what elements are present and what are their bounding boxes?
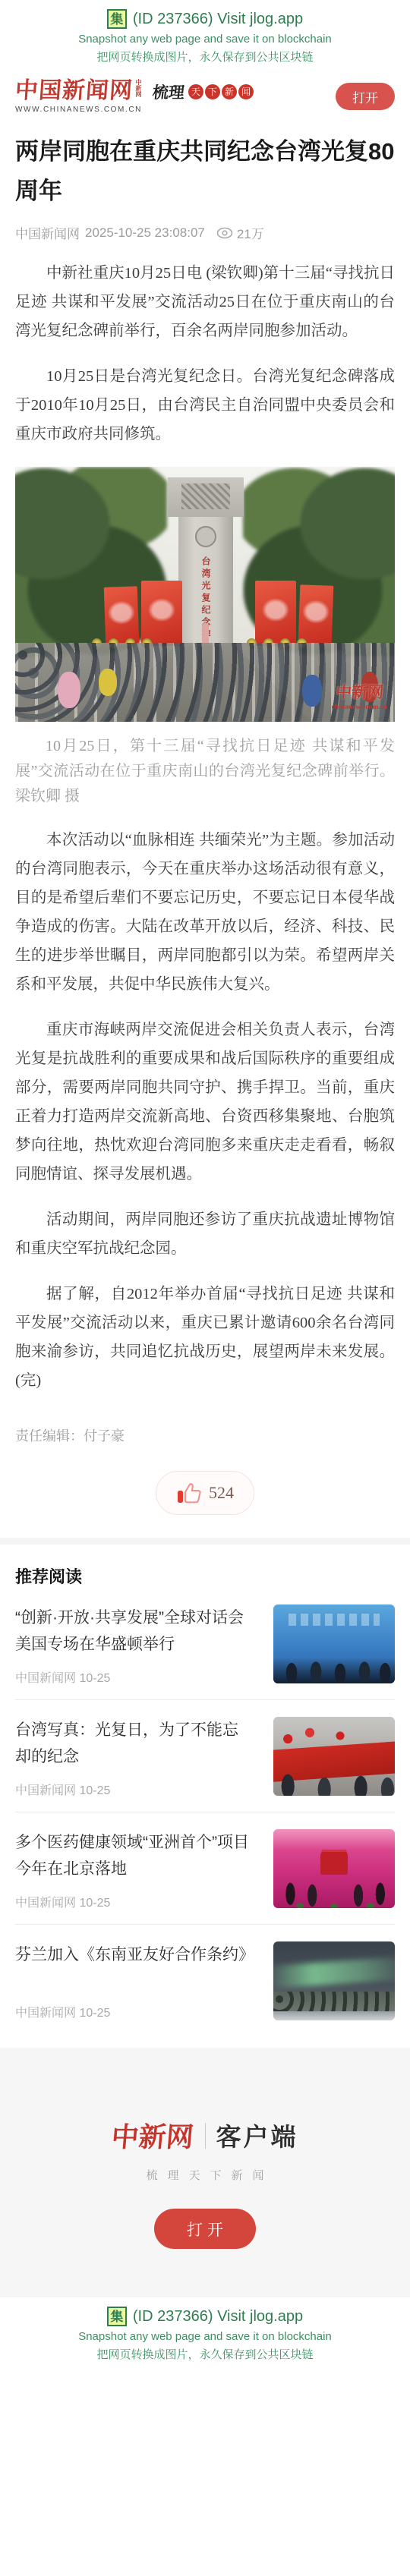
- slogan-seal-1: 天: [188, 84, 203, 99]
- footer-logo-divider: [205, 2123, 206, 2149]
- open-app-button-footer[interactable]: 打开: [154, 2209, 256, 2249]
- footer-chinanews-logo: 中新网: [110, 2116, 195, 2155]
- chinanews-logo-text: 中国新闻网: [14, 79, 134, 103]
- jlog-banner-subtitle-zh: 把网页转换成图片，永久保存到公共区块链: [0, 2347, 410, 2363]
- article-datetime: 2025-10-25 23:08:07: [85, 225, 205, 241]
- article-paragraph: 据了解，自2012年举办首届“寻找抗日足迹 共谋和平发展”交流活动以来，重庆已累…: [15, 1280, 395, 1395]
- recommended-source-date: 10-25: [79, 1897, 110, 1910]
- open-app-button-header[interactable]: 打开: [336, 83, 395, 110]
- slogan-seal-3: 新: [222, 84, 237, 99]
- recommended-thumbnail-aurora: [273, 1941, 395, 2020]
- recommended-source-name: 中国新闻网: [15, 1784, 76, 1797]
- photo-crowd-figure: [302, 675, 322, 707]
- photo-caption: 10月25日，第十三届“寻找抗日足迹 共谋和平发展”交流活动在位于重庆南山的台湾…: [15, 734, 395, 809]
- jlog-banner-subtitle-en: Snapshot any web page and save it on blo…: [0, 31, 410, 47]
- recommended-item-title: “创新·开放·共享发展”全球对话会美国专场在华盛顿举行: [15, 1604, 252, 1658]
- article-body: 中新社重庆10月25日电 (梁钦卿)第十三届“寻找抗日足迹 共谋和平发展”交流活…: [15, 259, 395, 1395]
- article-paragraph: 重庆市海峡两岸交流促进会相关负责人表示，台湾光复是抗战胜利的重要成果和战后国际秩…: [15, 1016, 395, 1189]
- slogan-seal-4: 闻: [238, 84, 254, 99]
- article-paragraph: 本次活动以“血脉相连 共缅荣光”为主题。参加活动的台湾同胞表示，今天在重庆举办这…: [15, 826, 395, 999]
- chinanews-logo-side-text: 中新网: [135, 79, 142, 102]
- recommended-item-title: 台湾写真：光复日，为了不能忘却的纪念: [15, 1717, 252, 1770]
- recommended-source-date: 10-25: [79, 1672, 110, 1685]
- like-count: 524: [209, 1483, 234, 1503]
- jlog-banner-subtitle-en: Snapshot any web page and save it on blo…: [0, 2329, 410, 2345]
- watermark-url-text: chinanews.com.cn: [332, 704, 387, 711]
- jlog-banner-bottom[interactable]: 集 (ID 237366) Visit jlog.app Snapshot an…: [0, 2297, 410, 2370]
- recommended-section: 推荐阅读 “创新·开放·共享发展”全球对话会美国专场在华盛顿举行 中国新闻网 1…: [0, 1545, 410, 2048]
- recommended-item-2[interactable]: 台湾写真：光复日，为了不能忘却的纪念 中国新闻网 10-25: [15, 1700, 395, 1812]
- jlog-banner-title-row: 集 (ID 237366) Visit jlog.app: [0, 2307, 410, 2326]
- recommended-item-title: 多个医药健康领域“亚洲首个”项目今年在北京落地: [15, 1829, 252, 1882]
- photo-red-banner-panel: [141, 581, 182, 646]
- recommended-thumbnail-rally: [273, 1717, 395, 1796]
- article: 两岸同胞在重庆共同纪念台湾光复80周年 中国新闻网 2025-10-25 23:…: [0, 121, 410, 1515]
- recommended-source-date: 10-25: [79, 2007, 110, 2020]
- article-title: 两岸同胞在重庆共同纪念台湾光复80周年: [15, 132, 395, 211]
- jlog-banner-subtitle-zh: 把网页转换成图片，永久保存到公共区块链: [0, 49, 410, 65]
- photo-red-banner-panel: [104, 586, 140, 644]
- recommended-source-date: 10-25: [79, 1784, 110, 1797]
- recommended-item-title: 芬兰加入《东南亚友好合作条约》: [15, 1941, 252, 1968]
- thumbs-up-icon: [176, 1482, 202, 1504]
- recommended-item-4[interactable]: 芬兰加入《东南亚友好合作条约》 中国新闻网 10-25: [15, 1925, 395, 2034]
- recommended-header: 推荐阅读: [15, 1564, 395, 1588]
- article-meta: 中国新闻网 2025-10-25 23:08:07 21万: [15, 223, 395, 242]
- like-section: 524: [15, 1471, 395, 1515]
- recommended-source-name: 中国新闻网: [15, 1672, 76, 1685]
- recommended-thumbnail-ceremony: [273, 1829, 395, 1908]
- jlog-banner-title-row: 集 (ID 237366) Visit jlog.app: [0, 9, 410, 29]
- eye-icon: [216, 227, 233, 239]
- recommended-item-source: 中国新闻网 10-25: [15, 1882, 252, 1910]
- app-footer: 中新网 客户端 梳理天下新闻 打开: [0, 2048, 410, 2297]
- photo-red-banner-panel: [255, 581, 296, 646]
- article-paragraph: 活动期间，两岸同胞还参访了重庆抗战遗址博物馆和重庆空军抗战纪念园。: [15, 1205, 395, 1263]
- chinanews-logo[interactable]: 中国新闻网 中新网 WWW.CHINANEWS.COM.CN: [15, 79, 142, 114]
- jlog-banner-title: (ID 237366) Visit jlog.app: [133, 11, 303, 28]
- article-source: 中国新闻网: [15, 223, 80, 242]
- photo-crowd-figure: [99, 669, 117, 696]
- like-button[interactable]: 524: [156, 1471, 254, 1515]
- editor-line: 责任编辑：付子豪: [15, 1425, 395, 1445]
- jlog-logo-icon: 集: [107, 2307, 127, 2326]
- photo-speaker-figure: [202, 623, 209, 643]
- jlog-banner-top[interactable]: 集 (ID 237366) Visit jlog.app Snapshot an…: [0, 0, 410, 73]
- recommended-item-source: 中国新闻网 10-25: [15, 1658, 252, 1686]
- article-views-count: 21万: [237, 223, 264, 242]
- section-divider: [0, 1538, 410, 1545]
- recommended-source-name: 中国新闻网: [15, 1897, 76, 1910]
- slogan-prefix-text: 梳理: [151, 80, 185, 103]
- header-slogan-stamp: 梳理 天 下 新 闻: [153, 80, 254, 103]
- photo-monument-cap: [168, 477, 244, 517]
- recommended-item-source: 中国新闻网 10-25: [15, 1770, 252, 1798]
- footer-logo-row: 中新网 客户端: [0, 2116, 410, 2155]
- recommended-source-name: 中国新闻网: [15, 2007, 76, 2020]
- recommended-item-source: 中国新闻网 10-25: [15, 1992, 252, 2020]
- recommended-item-3[interactable]: 多个医药健康领域“亚洲首个”项目今年在北京落地 中国新闻网 10-25: [15, 1812, 395, 1925]
- article-photo: 台湾光复纪念碑 中新网 chinanews.com.cn: [15, 467, 395, 722]
- watermark-logo-text: 中新网: [330, 680, 388, 703]
- recommended-item-1[interactable]: “创新·开放·共享发展”全球对话会美国专场在华盛顿举行 中国新闻网 10-25: [15, 1588, 395, 1700]
- recommended-thumbnail-panel-discussion: [273, 1604, 395, 1683]
- article-paragraph: 中新社重庆10月25日电 (梁钦卿)第十三届“寻找抗日足迹 共谋和平发展”交流活…: [15, 259, 395, 345]
- article-views: 21万: [216, 223, 264, 242]
- chinanews-logo-url: WWW.CHINANEWS.COM.CN: [15, 105, 142, 114]
- jlog-logo-icon: 集: [107, 9, 127, 29]
- chinanews-watermark: 中新网 chinanews.com.cn: [332, 680, 387, 711]
- photo-red-banner-panel: [298, 584, 334, 644]
- footer-slogan: 梳理天下新闻: [0, 2167, 410, 2183]
- photo-monument-emblem: [195, 526, 216, 547]
- footer-app-label: 客户端: [216, 2118, 298, 2153]
- article-paragraph: 10月25日是台湾光复纪念日。台湾光复纪念碑落成于2010年10月25日，由台湾…: [15, 362, 395, 449]
- slogan-seal-2: 下: [205, 84, 220, 99]
- photo-crowd-figure: [58, 672, 80, 708]
- jlog-banner-title: (ID 237366) Visit jlog.app: [133, 2308, 303, 2326]
- site-header: 中国新闻网 中新网 WWW.CHINANEWS.COM.CN 梳理 天 下 新 …: [0, 73, 410, 121]
